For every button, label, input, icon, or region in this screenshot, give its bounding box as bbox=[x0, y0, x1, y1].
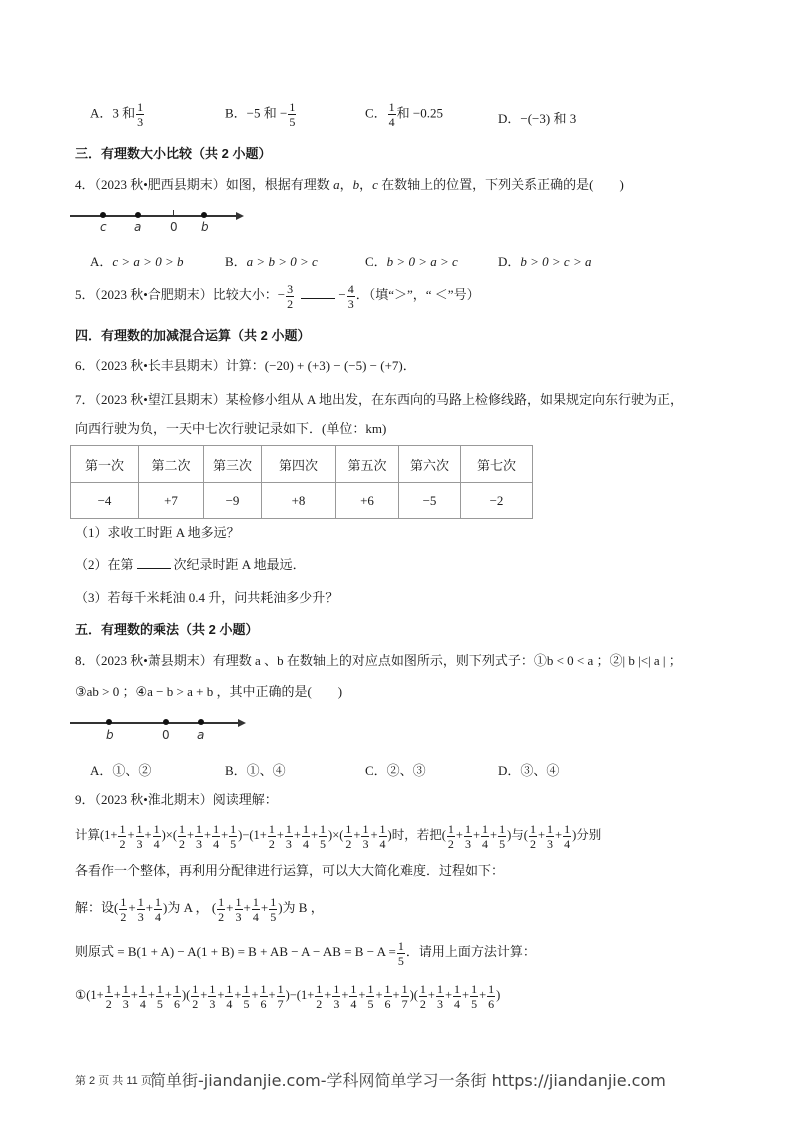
q7-sub-2: （2）在第次纪录时距 A 地最远． bbox=[75, 556, 306, 574]
option-text: −(−3) 和 3 bbox=[520, 111, 576, 126]
label-c: c bbox=[100, 220, 107, 234]
q4-number-line: c a 0 b bbox=[70, 205, 250, 235]
tick-zero bbox=[173, 210, 174, 215]
q3-option-b: B．−5 和 −15 bbox=[225, 100, 297, 129]
page-footer: 第 2 页 共 11 页 bbox=[75, 1072, 152, 1088]
label-b: b bbox=[201, 220, 209, 234]
fraction: 14 bbox=[388, 100, 396, 129]
stem-tail: ．（填“＞”，“ ＜”号） bbox=[356, 287, 480, 302]
q4-option-d: D．b > 0 > c > a bbox=[498, 251, 591, 270]
table-header-cell: 第三次 bbox=[204, 446, 262, 483]
option-label: B． bbox=[225, 254, 247, 269]
option-label: D． bbox=[498, 111, 520, 126]
table-cell: −9 bbox=[204, 483, 262, 519]
q8-option-b: B．①、④ bbox=[225, 760, 286, 779]
q7-sub-3: （3）若每千米耗油 0.4 升，问共耗油多少升？ bbox=[75, 589, 338, 607]
option-label: C． bbox=[365, 105, 387, 120]
q9-calc-line: 计算(1+12+13+14)×(12+13+14+15)−(1+12+13+14… bbox=[75, 818, 601, 852]
q3-option-a: A．3 和13 bbox=[90, 100, 145, 129]
table-cell: +8 bbox=[262, 483, 336, 519]
table-cell: −2 bbox=[461, 483, 533, 519]
fraction-3-2: 32 bbox=[286, 282, 294, 311]
fraction: 13 bbox=[136, 100, 144, 129]
point-zero bbox=[163, 719, 169, 725]
point-a bbox=[135, 212, 141, 218]
option-label: A． bbox=[90, 254, 112, 269]
option-text: 和 −0.25 bbox=[397, 105, 443, 120]
label-a: a bbox=[197, 728, 204, 742]
label-zero: 0 bbox=[162, 728, 170, 742]
q7-line-1: 7．（2023 秋•望江县期末）某检修小组从 A 地出发，在东西向的马路上检修线… bbox=[75, 391, 683, 409]
var-b: b bbox=[353, 177, 360, 192]
arrow-icon bbox=[236, 212, 244, 220]
arrow-icon bbox=[238, 719, 246, 727]
table-header-row: 第一次 第二次 第三次 第四次 第五次 第六次 第七次 bbox=[71, 446, 533, 483]
var-c: c bbox=[372, 177, 378, 192]
text: 与 bbox=[511, 828, 524, 842]
q5-stem: 5．（2023 秋•合肥期末）比较大小：−32 −43．（填“＞”，“ ＜”号） bbox=[75, 280, 480, 311]
var-a: a bbox=[333, 177, 340, 192]
option-text: −5 和 − bbox=[247, 105, 288, 120]
table-header-cell: 第四次 bbox=[262, 446, 336, 483]
q8-option-d: D．③、④ bbox=[498, 760, 559, 779]
table-cell: −5 bbox=[399, 483, 461, 519]
option-text: b > 0 > c > a bbox=[520, 254, 591, 269]
option-label: B． bbox=[225, 105, 247, 120]
option-label: A． bbox=[90, 105, 112, 120]
q9-line-2: 各看作一个整体，再利用分配律进行运算，可以大大简化难度．过程如下： bbox=[75, 862, 504, 880]
text: ．请用上面方法计算： bbox=[406, 944, 536, 959]
option-text: b > 0 > a > c bbox=[387, 254, 458, 269]
text: 为 B ， bbox=[283, 900, 324, 915]
fraction-1-5: 15 bbox=[397, 939, 405, 968]
q8-number-line: b 0 a bbox=[70, 713, 250, 743]
q7-record-table: 第一次 第二次 第三次 第四次 第五次 第六次 第七次 −4 +7 −9 +8 … bbox=[70, 445, 533, 519]
option-label: D． bbox=[498, 254, 520, 269]
stem-text: 4．（2023 秋•肥西县期末）如图，根据有理数 bbox=[75, 177, 330, 192]
q4-option-a: A．c > a > 0 > b bbox=[90, 251, 183, 270]
fraction-4-3: 43 bbox=[347, 282, 355, 311]
point-b bbox=[201, 212, 207, 218]
text: 则原式 = B(1 + A) − A(1 + B) = B + AB − A −… bbox=[75, 944, 396, 959]
q3-option-c: C．14和 −0.25 bbox=[365, 100, 443, 129]
q9-derivation: 则原式 = B(1 + A) − A(1 + B) = B + AB − A −… bbox=[75, 935, 536, 969]
q8-option-c: C．②、③ bbox=[365, 760, 426, 779]
stem-text: 5．（2023 秋•合肥期末）比较大小：− bbox=[75, 287, 285, 302]
text: 时，若把 bbox=[392, 828, 442, 842]
table-header-cell: 第七次 bbox=[461, 446, 533, 483]
table-cell: +6 bbox=[336, 483, 399, 519]
q3-option-d: D．−(−3) 和 3 bbox=[498, 108, 576, 127]
q4-option-c: C．b > 0 > a > c bbox=[365, 251, 458, 270]
label-a: a bbox=[134, 220, 141, 234]
text: 计算 bbox=[75, 828, 100, 842]
section-title-5: 五．有理数的乘法（共 2 小题） bbox=[75, 621, 258, 639]
table-row: −4 +7 −9 +8 +6 −5 −2 bbox=[71, 483, 533, 519]
q8-option-a: A．①、② bbox=[90, 760, 151, 779]
point-b bbox=[106, 719, 112, 725]
table-header-cell: 第六次 bbox=[399, 446, 461, 483]
table-header-cell: 第一次 bbox=[71, 446, 139, 483]
option-text: 3 和 bbox=[112, 105, 135, 120]
label-b: b bbox=[106, 728, 114, 742]
answer-blank[interactable] bbox=[137, 558, 171, 569]
axis-line bbox=[70, 722, 238, 724]
q4-stem: 4．（2023 秋•肥西县期末）如图，根据有理数 a，b，c 在数轴上的位置，下… bbox=[75, 176, 624, 194]
circled-number: ① bbox=[75, 988, 86, 1002]
text: 解：设 bbox=[75, 900, 114, 915]
sub-text: （2）在第 bbox=[75, 557, 134, 572]
table-cell: +7 bbox=[139, 483, 204, 519]
section-title-3: 三．有理数大小比较（共 2 小题） bbox=[75, 145, 271, 163]
q4-option-b: B．a > b > 0 > c bbox=[225, 251, 318, 270]
q8-line-2: ③ab > 0 ；④a − b > a + b ，其中正确的是( ) bbox=[75, 683, 342, 701]
q7-line-2: 向西行驶为负，一天中七次行驶记录如下．(单位：km) bbox=[75, 420, 386, 438]
axis-line bbox=[70, 215, 236, 217]
minus-sign: − bbox=[338, 287, 345, 302]
q9-exercise-1: ①(1+12+13+14+15+16)(12+13+14+15+16+17)−(… bbox=[75, 978, 500, 1012]
q8-line-1: 8．（2023 秋•萧县期末）有理数 a 、b 在数轴上的对应点如图所示，则下列… bbox=[75, 652, 682, 670]
q9-solution-set: 解：设(12+13+14)为 A ， (12+13+14+15)为 B ， bbox=[75, 891, 324, 925]
option-label: C． bbox=[365, 254, 387, 269]
text: 为 A ， bbox=[167, 900, 208, 915]
q6-stem: 6．（2023 秋•长丰县期末）计算：(−20) + (+3) − (−5) −… bbox=[75, 357, 416, 375]
stem-tail: 在数轴上的位置，下列关系正确的是( ) bbox=[381, 177, 624, 192]
table-header-cell: 第二次 bbox=[139, 446, 204, 483]
sub-text: 次纪录时距 A 地最远． bbox=[174, 557, 306, 572]
option-text: a > b > 0 > c bbox=[247, 254, 318, 269]
answer-blank[interactable] bbox=[301, 288, 335, 299]
option-text: c > a > 0 > b bbox=[112, 254, 183, 269]
point-c bbox=[100, 212, 106, 218]
table-cell: −4 bbox=[71, 483, 139, 519]
section-title-4: 四．有理数的加减混合运算（共 2 小题） bbox=[75, 327, 310, 345]
text: 分别 bbox=[576, 828, 601, 842]
fraction: 15 bbox=[288, 100, 296, 129]
q9-title: 9．（2023 秋•淮北期末）阅读理解： bbox=[75, 791, 278, 809]
watermark: 简单街-jiandanjie.com-学科网简单学习一条街 https://ji… bbox=[150, 1068, 666, 1091]
q7-sub-1: （1）求收工时距 A 地多远？ bbox=[75, 524, 240, 542]
point-a bbox=[198, 719, 204, 725]
table-header-cell: 第五次 bbox=[336, 446, 399, 483]
label-zero: 0 bbox=[170, 220, 178, 234]
